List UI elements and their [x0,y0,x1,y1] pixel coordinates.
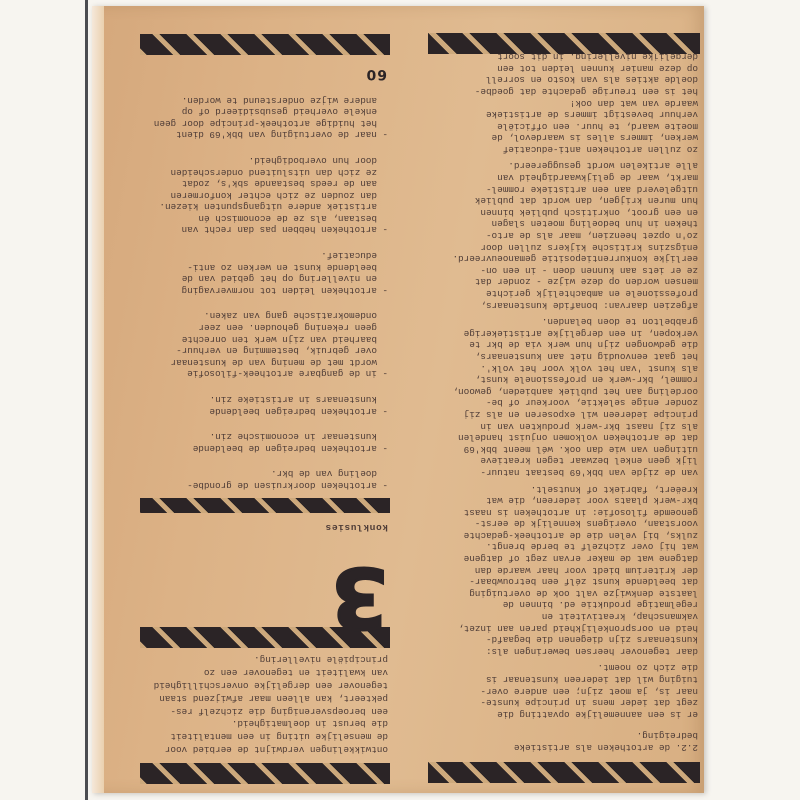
chapter-label: konklusies [325,522,388,533]
paragraph: van de zijde van bbk'69 bestaat natuur- … [432,316,698,478]
page-column-right: ontwikkelingen verdwijnt de eerbied voor… [140,6,390,793]
conclusion-item: - naar de overtuiging van bbk'69 dient h… [140,94,388,140]
section-heading: 2.2. de artotheken als artistieke bedrei… [432,730,698,753]
conclusions-list: - artotheken doorkruisen de grondbe- doe… [140,80,388,491]
conclusion-item: - in de gangbare artotheek-filosofie wor… [140,310,388,380]
conclusion-item: - artotheken doorkruisen de grondbe- doe… [140,468,388,491]
conclusion-item: - artotheken hebben pas dan recht van be… [140,154,388,235]
paragraph: afgezien daarvan: bonafide kunstenaars, … [432,160,698,311]
scan-edge-line [85,0,88,800]
paragraph: er is een aannemelijke opvatting die zeg… [432,662,698,720]
conclusion-item: - artotheken leiden tot normvervaging en… [140,250,388,296]
hazard-stripe-bar [140,34,390,55]
hazard-stripe-bar [428,33,700,54]
left-column-text: 2.2. de artotheken als artistieke bedrei… [432,46,698,753]
paragraph: daar tegenover heersen beweringen als: k… [432,483,698,657]
hazard-stripe-bar [428,762,700,783]
paper-edge-strip [92,6,104,793]
conclusion-item: - artotheken bedreigen de beeldende kuns… [140,431,388,454]
continuation-paragraph: ontwikkelingen verdwijnt de eerbied voor… [140,653,388,755]
conclusion-item: - artotheken bedreigen beeldende kunsten… [140,393,388,416]
page-number: 60 [366,66,387,82]
left-paragraphs: er is een aannemelijke opvatting die zeg… [432,51,698,720]
hazard-stripe-bar [140,763,390,784]
page-column-left: 2.2. de artotheken als artistieke bedrei… [428,6,700,793]
scanned-page: 2.2. de artotheken als artistieke bedrei… [92,6,704,793]
chapter-number: 3 [331,555,388,637]
hazard-stripe-bar [140,498,390,513]
paragraph: zo zullen artotheken anti-educatief werk… [432,51,698,155]
page-content-rotated: 2.2. de artotheken als artistieke bedrei… [104,6,704,793]
